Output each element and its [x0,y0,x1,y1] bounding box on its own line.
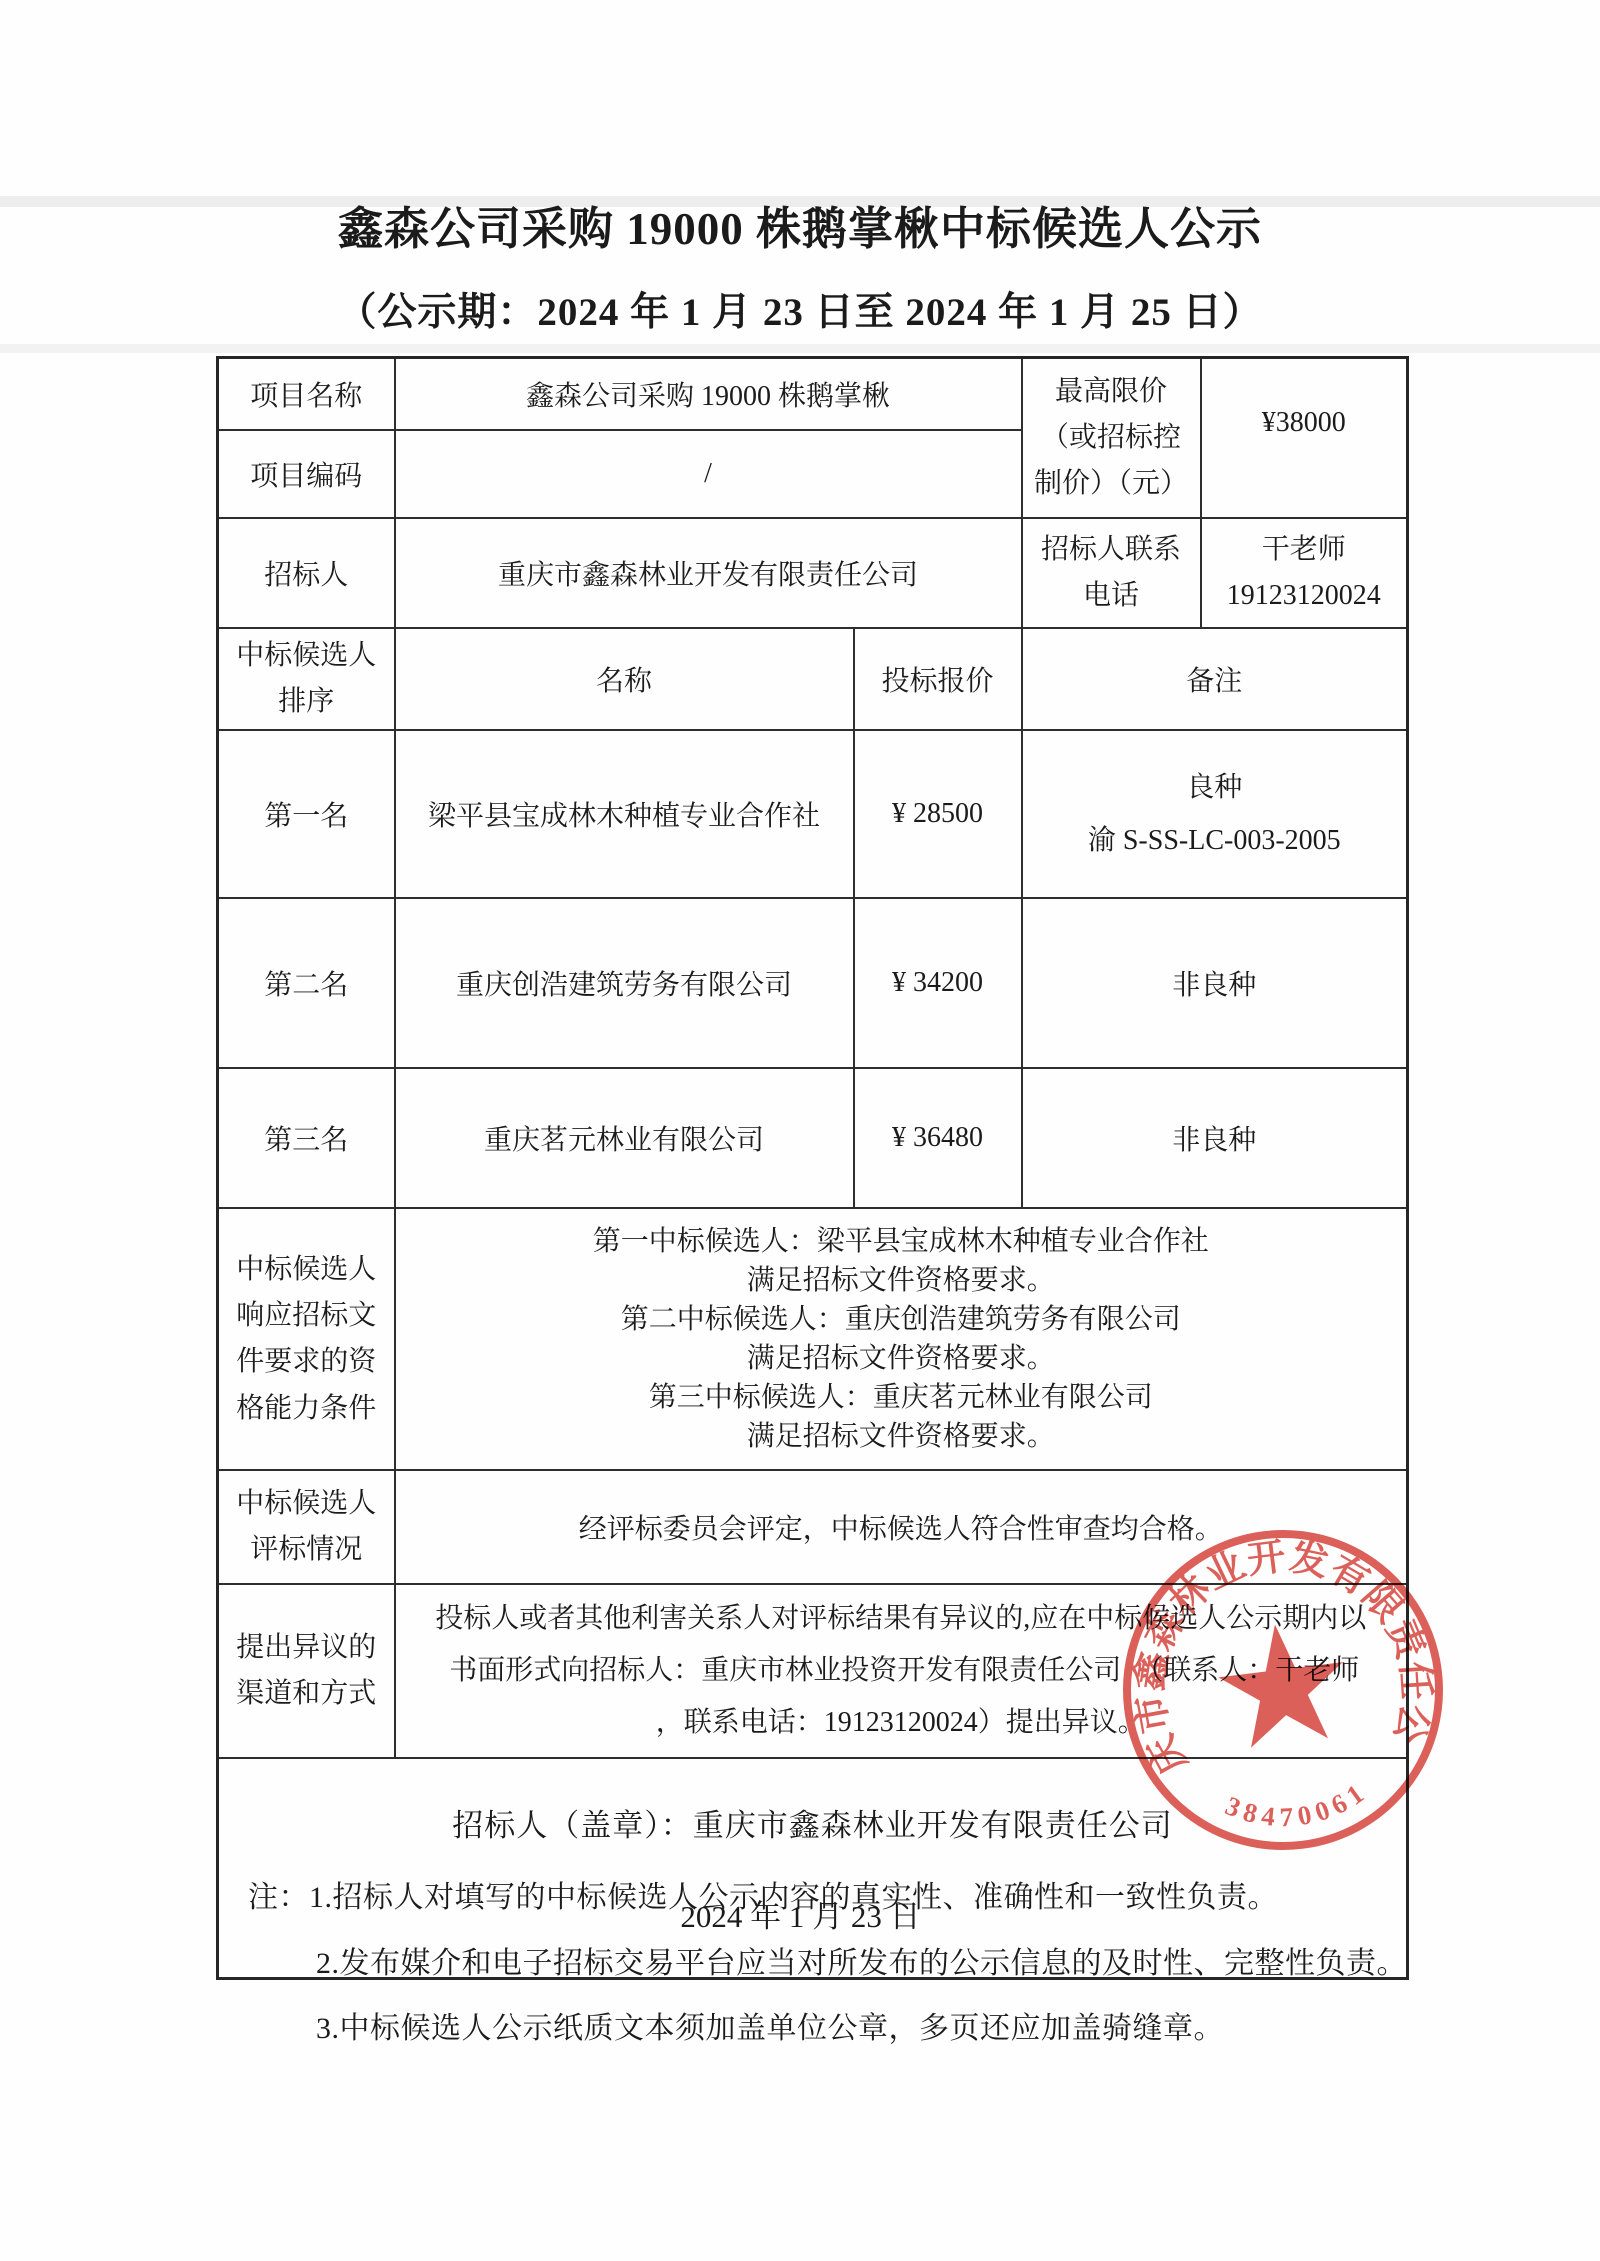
objection-label: 提出异议的 渠道和方式 [218,1584,395,1758]
note-2: 2.发布媒介和电子招标交易平台应当对所发布的公示信息的及时性、完整性负责。 [316,1938,1407,1982]
candidate-remark: 非良种 [1022,1068,1408,1208]
remark-column-header: 备注 [1022,628,1408,730]
tenderer-label: 招标人 [218,518,395,628]
candidate-name: 重庆茗元林业有限公司 [395,1068,854,1208]
table-row: 招标人 重庆市鑫森林业开发有限责任公司 招标人联系 电话 干老师 1912312… [218,518,1408,628]
table-row: 中标候选人 评标情况 经评标委员会评定，中标候选人符合性审查均合格。 [218,1470,1408,1584]
page-title: 鑫森公司采购 19000 株鹅掌楸中标候选人公示 [0,192,1600,257]
max-price-value: ¥38000 [1201,358,1408,519]
candidate-name: 重庆创浩建筑劳务有限公司 [395,898,854,1068]
scan-streak [0,344,1600,353]
candidate-row: 第一名 梁平县宝成林木种植专业合作社 ¥ 28500 良种 渝 S-SS-LC-… [218,730,1408,898]
project-name-label: 项目名称 [218,358,395,431]
name-column-header: 名称 [395,628,854,730]
evaluation-value: 经评标委员会评定，中标候选人符合性审查均合格。 [395,1470,1408,1584]
candidate-row: 第三名 重庆茗元林业有限公司 ¥ 36480 非良种 [218,1068,1408,1208]
table-row: 提出异议的 渠道和方式 投标人或者其他利害关系人对评标结果有异议的,应在中标候选… [218,1584,1408,1758]
contact-label: 招标人联系 电话 [1022,518,1201,628]
project-name-value: 鑫森公司采购 19000 株鹅掌楸 [395,358,1022,431]
note-3: 3.中标候选人公示纸质文本须加盖单位公章，多页还应加盖骑缝章。 [316,2003,1224,2047]
candidate-name: 梁平县宝成林木种植专业合作社 [395,730,854,898]
publicity-period: （公示期：2024 年 1 月 23 日至 2024 年 1 月 25 日） [0,281,1600,337]
tenderer-value: 重庆市鑫森林业开发有限责任公司 [395,518,1022,628]
note-1: 注：1.招标人对填写的中标候选人公示内容的真实性、准确性和一致性负责。 [248,1872,1278,1916]
candidate-rank: 第三名 [218,1068,395,1208]
table-row: 项目名称 鑫森公司采购 19000 株鹅掌楸 最高限价 （或招标控 制价）（元）… [218,358,1408,431]
price-column-header: 投标报价 [854,628,1022,730]
candidate-price: ¥ 34200 [854,898,1022,1068]
candidates-header-row: 中标候选人 排序 名称 投标报价 备注 [218,628,1408,730]
contact-value: 干老师 19123120024 [1201,518,1408,628]
project-code-value: / [395,430,1022,518]
signature-line: 招标人（盖章）：重庆市鑫森林业开发有限责任公司 [227,1800,1398,1845]
candidate-price: ¥ 28500 [854,730,1022,898]
table-row: 中标候选人 响应招标文 件要求的资 格能力条件 第一中标候选人：梁平县宝成林木种… [218,1208,1408,1470]
candidate-rank: 第一名 [218,730,395,898]
evaluation-label: 中标候选人 评标情况 [218,1470,395,1584]
candidate-rank: 第二名 [218,898,395,1068]
announcement-table: 项目名称 鑫森公司采购 19000 株鹅掌楸 最高限价 （或招标控 制价）（元）… [216,356,1409,1980]
rank-column-header: 中标候选人 排序 [218,628,395,730]
project-code-label: 项目编码 [218,430,395,518]
candidate-price: ¥ 36480 [854,1068,1022,1208]
scanned-announcement-page: { "page": { "title": "鑫森公司采购 19000 株鹅掌楸中… [0,0,1600,2261]
candidate-row: 第二名 重庆创浩建筑劳务有限公司 ¥ 34200 非良种 [218,898,1408,1068]
qualification-label: 中标候选人 响应招标文 件要求的资 格能力条件 [218,1208,395,1470]
candidate-remark: 良种 渝 S-SS-LC-003-2005 [1022,730,1408,898]
objection-value: 投标人或者其他利害关系人对评标结果有异议的,应在中标候选人公示期内以 书面形式向… [395,1584,1408,1758]
candidate-remark: 非良种 [1022,898,1408,1068]
qualification-value: 第一中标候选人：梁平县宝成林木种植专业合作社 满足招标文件资格要求。 第二中标候… [395,1208,1408,1470]
max-price-label: 最高限价 （或招标控 制价）（元） [1022,358,1201,519]
